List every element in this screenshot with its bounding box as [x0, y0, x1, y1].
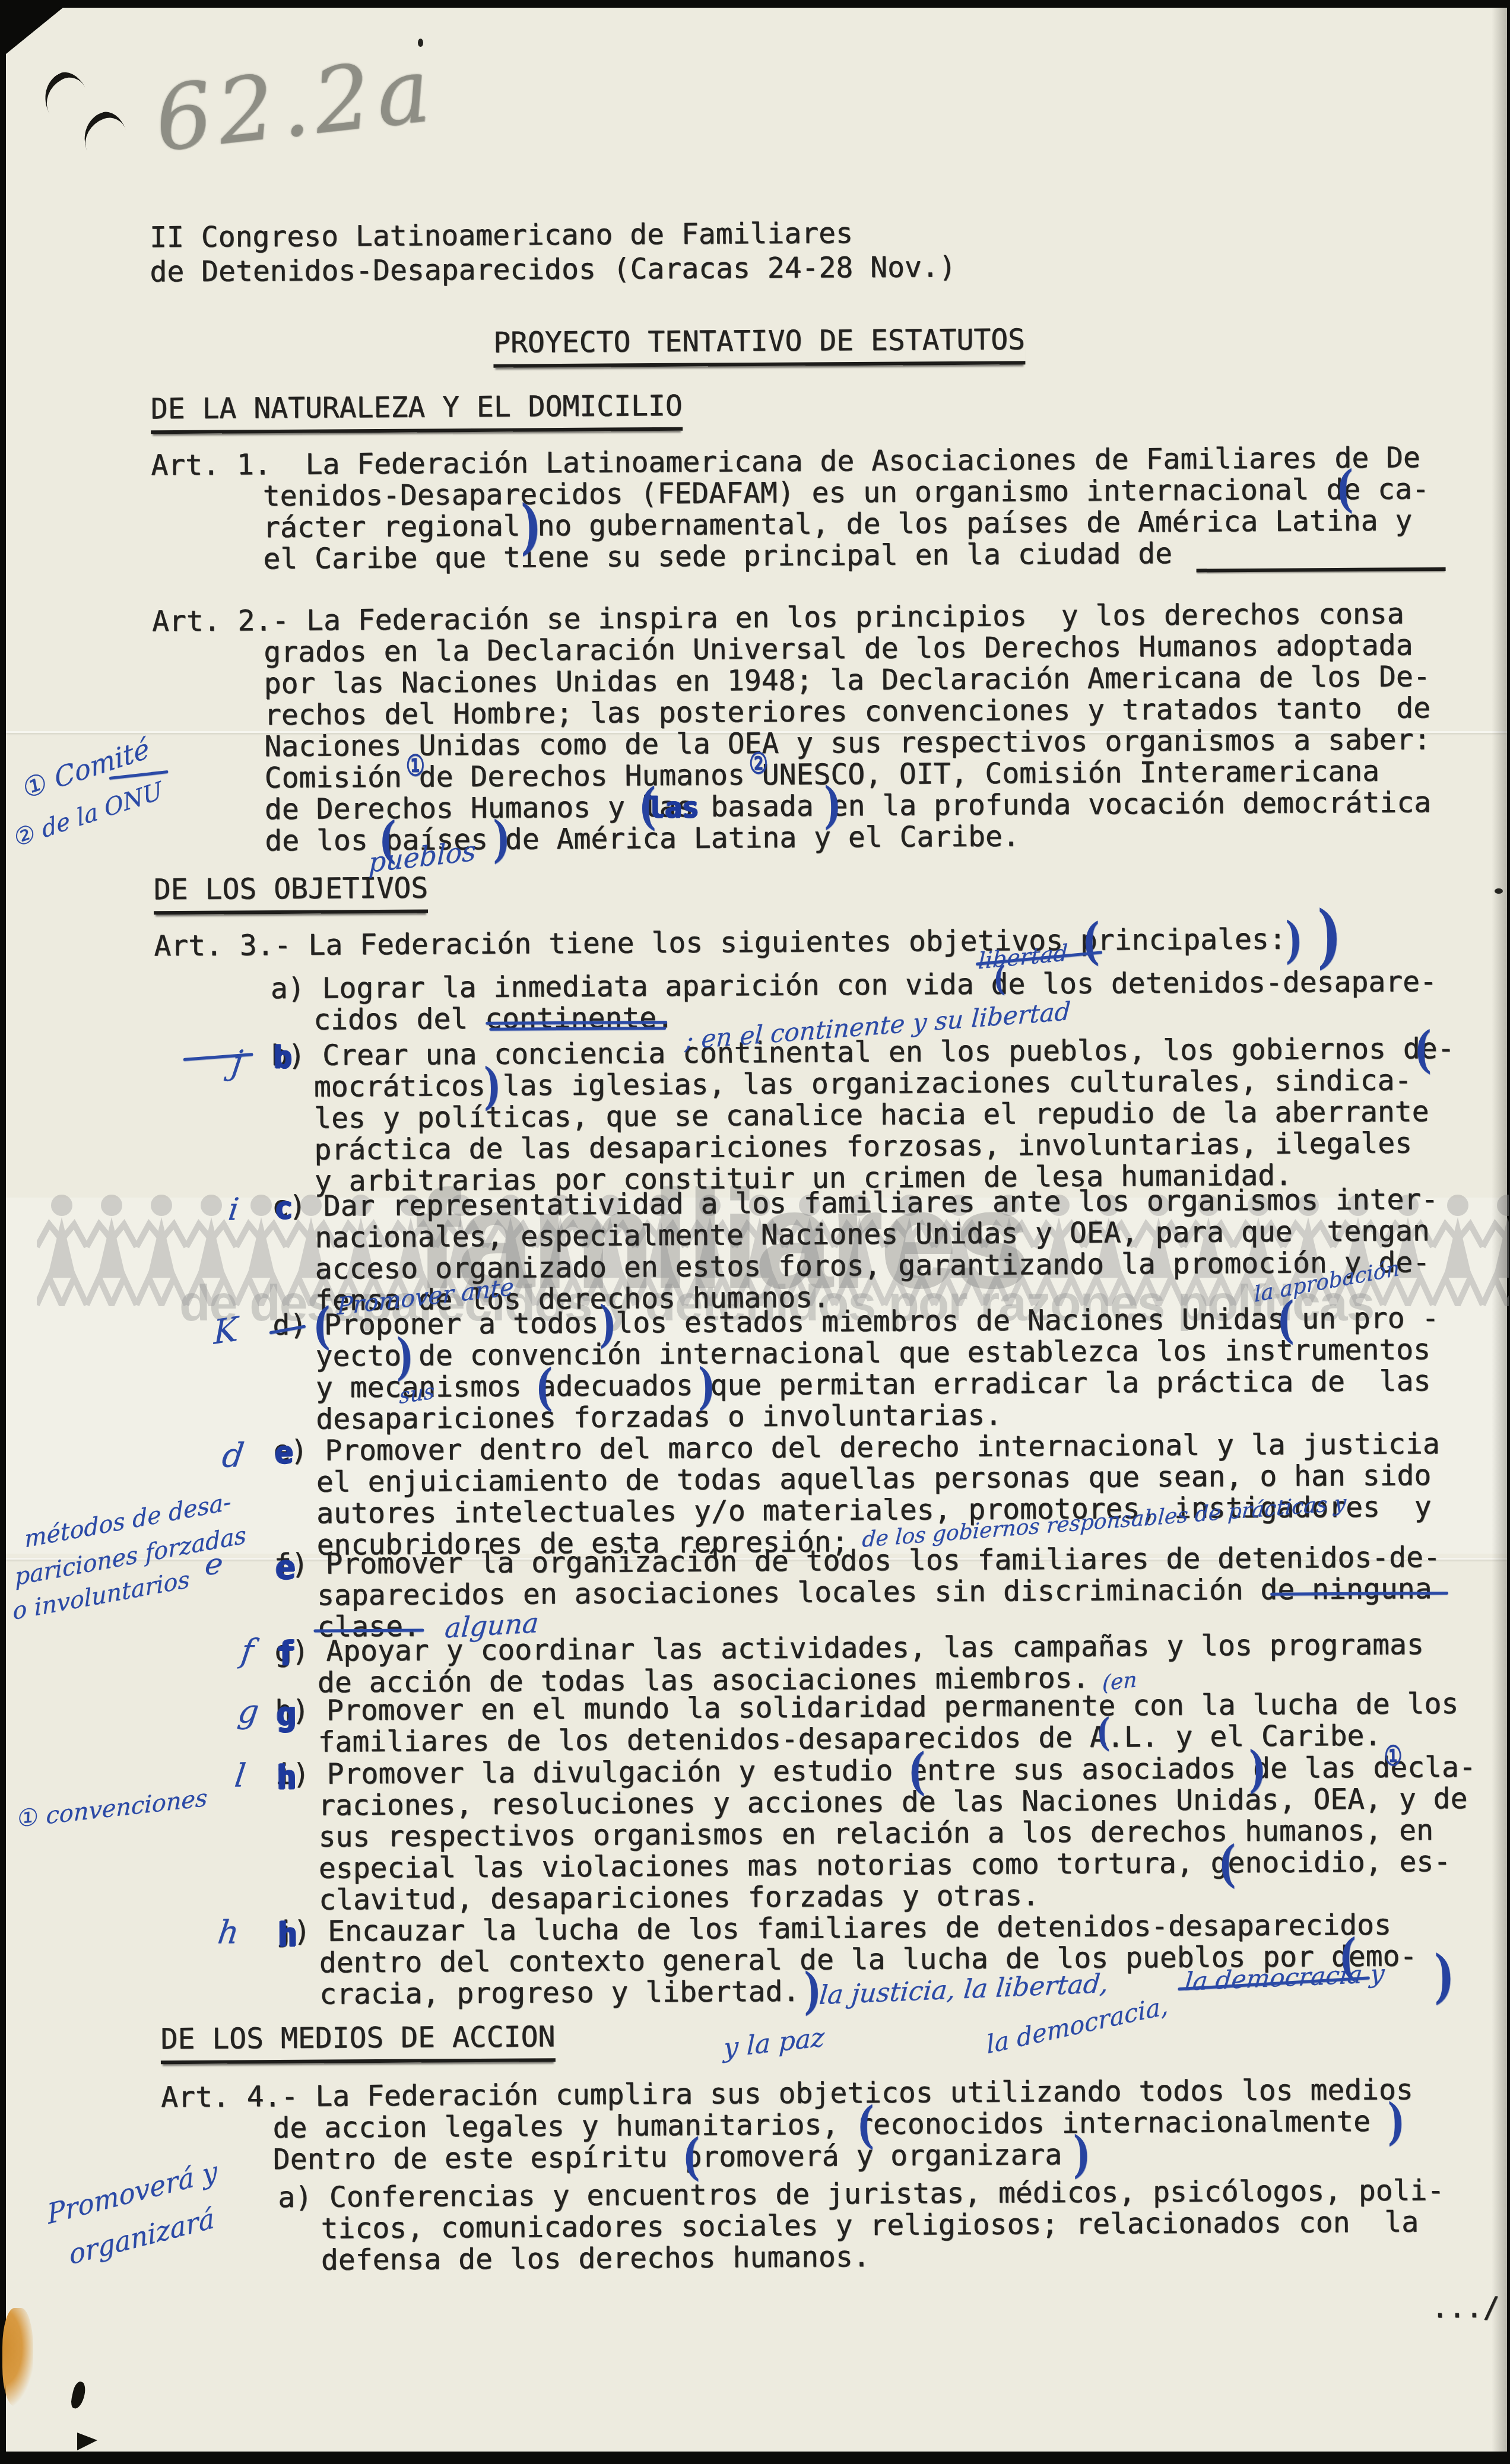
ink-paren-mark: ) [1073, 2130, 1091, 2180]
section-medios-line-1: DE LOS MEDIOS DE ACCION [161, 2022, 556, 2064]
ink-paren-mark: ) [824, 780, 842, 830]
ink-paren-mark: ( [379, 815, 396, 865]
ink-paren-mark: ) [396, 1332, 414, 1382]
ink-paren-mark: ( [908, 1747, 926, 1796]
art-4-line-2: de accion legales y humanitarios, recono… [272, 2107, 1371, 2144]
handwritten-note: (en [1102, 1668, 1137, 1696]
handwritten-note: j [229, 1043, 245, 1082]
item-i-line-4: especial las violaciones mas notorias co… [319, 1847, 1451, 1884]
handwritten-note: i [226, 1192, 241, 1227]
handwritten-note: alguna [443, 1606, 540, 1644]
ink-paren-mark: ) [1317, 902, 1341, 971]
overwritten-letter: e [275, 1548, 296, 1587]
ink-paren-mark: ) [484, 1062, 502, 1112]
ink-paren-mark: ) [1387, 2097, 1405, 2147]
ink-paren-mark: ( [1335, 464, 1353, 514]
item-f-line-2: saparecidos en asociaciones locales sin … [317, 1574, 1432, 1611]
blank-fill-line [1197, 567, 1446, 573]
art-2-line-7: de Derechos Humanos y las basada en la p… [265, 788, 1431, 825]
overwritten-letter: g [276, 1695, 296, 1733]
ink-paren-mark: ( [639, 782, 656, 831]
ink-paren-mark: ) [698, 1362, 716, 1412]
ink-paren-mark: ) [1249, 1745, 1267, 1795]
ink-paren-mark: ( [994, 962, 1005, 996]
art-1-line-4: el Caribe que tiene su sede principal en… [263, 539, 1172, 575]
ink-paren-mark: ) [1434, 1947, 1455, 2005]
art-4-line-3: Dentro de este espíritu promoverá y orga… [273, 2140, 1062, 2176]
item-a4-line-3: defensa de los derechos humanos. [321, 2242, 870, 2276]
section-objetivos-line-1: DE LOS OBJETIVOS [154, 873, 429, 915]
item-a-line-1: a) Lograr la inmediata aparición con vid… [271, 967, 1437, 1005]
handwritten-note: e [203, 1547, 225, 1582]
ink-paren-mark: ② [748, 750, 768, 779]
document-content: 62.2a II Congreso Latinoamericano de Fam… [0, 3, 1510, 2456]
ink-paren-mark: ( [1082, 917, 1100, 967]
item-j-line-3: cracia, progreso y libertad. [319, 1977, 800, 2011]
handwritten-note: K [213, 1310, 238, 1352]
continuation-mark-line-1: .../ [1431, 2292, 1500, 2324]
pencil-archive-code: 62.2a [150, 38, 441, 172]
handwritten-note: f [239, 1632, 255, 1669]
doc-title-line-1: PROYECTO TENTATIVO DE ESTATUTOS [493, 325, 1025, 367]
overwritten-letter: c [274, 1190, 293, 1226]
header-line-1: II Congreso Latinoamericano de Familiare… [150, 218, 853, 253]
ink-paren-mark: ( [535, 1363, 553, 1412]
handwritten-note: g [236, 1693, 261, 1730]
overwritten-letter: f [276, 1634, 296, 1673]
overwritten-letter: e [274, 1435, 293, 1471]
section-naturaleza-line-1: DE LA NATURALEZA Y EL DOMICILIO [151, 391, 683, 434]
ink-paren-mark: ( [856, 2100, 874, 2150]
ink-layer: ① Comité② de la ONUpuebloslibertad; en e… [0, 3, 1500, 12]
item-d-line-3: y mecanismos adecuados que permitan erra… [316, 1366, 1431, 1404]
handwritten-note: ① convenciones [17, 1785, 208, 1833]
ink-paren-mark: ① [405, 751, 425, 780]
handwritten-note: h [215, 1913, 241, 1951]
torn-corner [6, 8, 63, 54]
handwritten-note: l [233, 1757, 248, 1794]
overwritten-letter: h [277, 1758, 297, 1797]
overwritten-letter: b [273, 1040, 292, 1075]
art-1-line-3: rácter regional no gubernamental, de los… [263, 506, 1412, 544]
handwritten-note: y la paz [724, 2022, 825, 2063]
ink-paren-mark: ) [1285, 916, 1303, 966]
ink-paren-mark: ) [521, 497, 542, 557]
ink-paren-mark: ( [1219, 1839, 1236, 1889]
ink-paren-mark: ( [313, 1301, 331, 1351]
ink-paren-mark: ) [599, 1300, 617, 1350]
page-edge-shadow [1492, 8, 1507, 2452]
scanned-document-page: familiares de desaparecidos y detenidos … [0, 0, 1510, 2464]
ink-paren-mark: ( [1414, 1025, 1432, 1075]
ink-paren-mark: ( [1096, 1713, 1110, 1752]
art-3-line-1: Art. 3.- La Federación tiene los siguien… [154, 925, 1286, 962]
handwritten-note: d [220, 1436, 246, 1475]
ink-paren-mark: ) [804, 1967, 821, 2017]
ink-paren-mark: ( [683, 2132, 700, 2182]
overwritten-letter: h [277, 1916, 297, 1954]
ink-paren-mark: ) [493, 815, 510, 865]
typed-layer: II Congreso Latinoamericano de Familiare… [0, 3, 1500, 12]
ink-paren-mark: ( [1277, 1295, 1295, 1345]
item-a4-line-2: ticos, comunicadores sociales y religios… [321, 2207, 1419, 2244]
item-a-line-2: cidos del continente. [313, 1003, 674, 1036]
ink-paren-mark: ① [1384, 1742, 1403, 1770]
paper-sheet: familiares de desaparecidos y detenidos … [6, 8, 1507, 2452]
header-line-2: de Detenidos-Desaparecidos (Caracas 24-2… [150, 252, 956, 288]
ink-paren-mark: ( [1339, 1932, 1357, 1982]
